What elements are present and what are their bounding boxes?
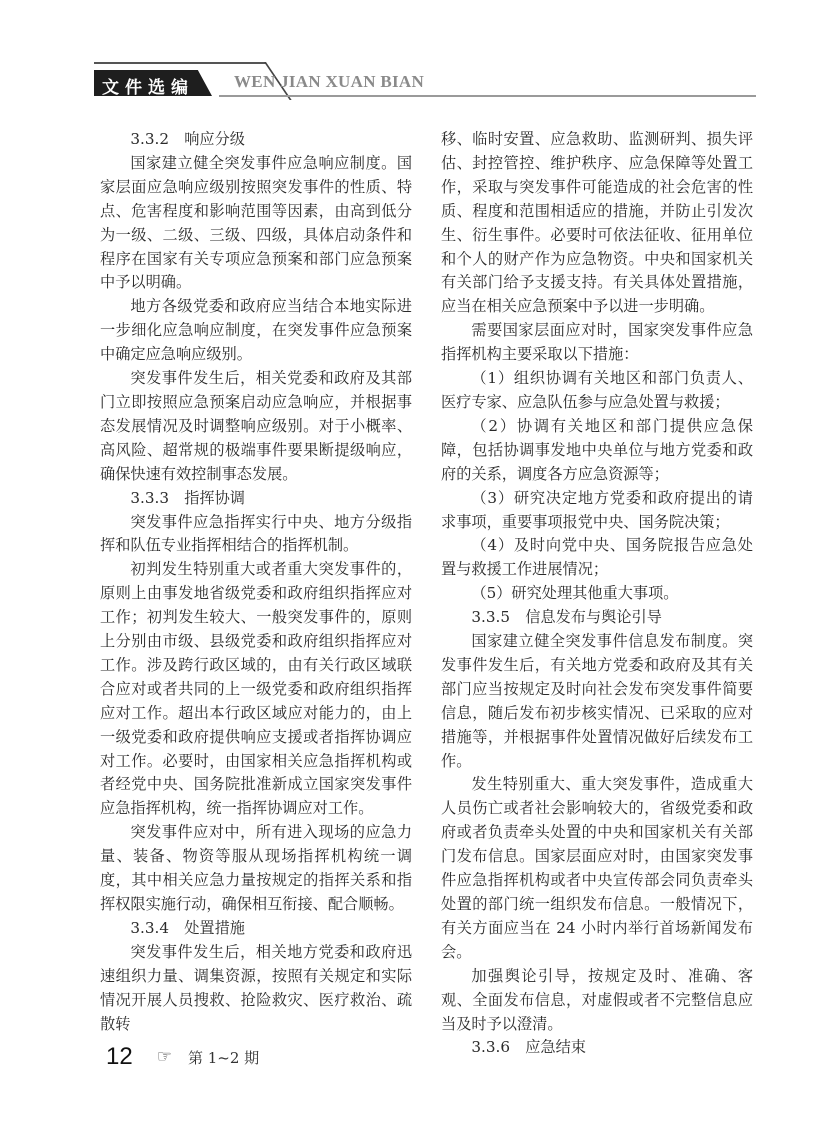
section-heading: 3.3.3 指挥协调 (100, 487, 412, 511)
paragraph: 突发事件发生后，相关地方党委和政府迅速组织力量、调集资源，按照有关规定和实际情况… (100, 941, 412, 1037)
paragraph: 移、临时安置、应急救助、监测研判、损失评估、封控管控、维护秩序、应急保障等处置工… (441, 128, 753, 319)
header-top-rule (94, 62, 266, 64)
section-header: 文件选编 WEN JIAN XUAN BIAN (94, 60, 756, 98)
section-heading: 3.3.6 应急结束 (441, 1036, 753, 1060)
pointing-hand-icon: ☞ (157, 1047, 172, 1067)
section-tab-label: 文件选编 (102, 73, 194, 98)
paragraph: （3）研究决定地方党委和政府提出的请求事项，重要事项报党中央、国务院决策； (441, 487, 753, 535)
paragraph: （2）协调有关地区和部门提供应急保障，包括协调事发地中央单位与地方党委和政府的关… (441, 415, 753, 487)
section-tab: 文件选编 (94, 70, 212, 96)
section-heading: 3.3.5 信息发布与舆论引导 (441, 606, 753, 630)
paragraph: （1）组织协调有关地区和部门负责人、医疗专家、应急队伍参与应急处置与救援； (441, 367, 753, 415)
section-pinyin-title: WEN JIAN XUAN BIAN (234, 72, 424, 92)
paragraph: 突发事件应对中，所有进入现场的应急力量、装备、物资等服从现场指挥机构统一调度，其… (100, 821, 412, 917)
paragraph: 突发事件应急指挥实行中央、地方分级指挥和队伍专业指挥相结合的指挥机制。 (100, 511, 412, 559)
paragraph: （5）研究处理其他重大事项。 (441, 582, 753, 606)
paragraph: 地方各级党委和政府应当结合本地实际进一步细化应急响应制度，在突发事件应急预案中确… (100, 295, 412, 367)
paragraph: 国家建立健全突发事件信息发布制度。突发事件发生后，有关地方党委和政府及其有关部门… (441, 630, 753, 773)
paragraph: 需要国家层面应对时，国家突发事件应急指挥机构主要采取以下措施： (441, 319, 753, 367)
paragraph: 国家建立健全突发事件应急响应制度。国家层面应急响应级别按照突发事件的性质、特点、… (100, 152, 412, 295)
page-number: 12 (106, 1043, 133, 1071)
right-column: 移、临时安置、应急救助、监测研判、损失评估、封控管控、维护秩序、应急保障等处置工… (441, 128, 753, 1060)
section-heading: 3.3.4 处置措施 (100, 917, 412, 941)
paragraph: 发生特别重大、重大突发事件，造成重大人员伤亡或者社会影响较大的，省级党委和政府或… (441, 773, 753, 964)
section-heading: 3.3.2 响应分级 (100, 128, 412, 152)
paragraph: 初判发生特别重大或者重大突发事件的，原则上由事发地省级党委和政府组织指挥应对工作… (100, 558, 412, 821)
paragraph: （4）及时向党中央、国务院报告应急处置与救援工作进展情况； (441, 534, 753, 582)
page-footer: 12 ☞ 第 1~2 期 (106, 1043, 259, 1071)
issue-label: 第 1~2 期 (188, 1047, 259, 1068)
left-column: 3.3.2 响应分级国家建立健全突发事件应急响应制度。国家层面应急响应级别按照突… (100, 128, 412, 1036)
paragraph: 加强舆论引导，按规定及时、准确、客观、全面发布信息，对虚假或者不完整信息应当及时… (441, 965, 753, 1037)
paragraph: 突发事件发生后，相关党委和政府及其部门立即按照应急预案启动应急响应，并根据事态发… (100, 367, 412, 487)
header-bottom-rule (219, 95, 756, 97)
